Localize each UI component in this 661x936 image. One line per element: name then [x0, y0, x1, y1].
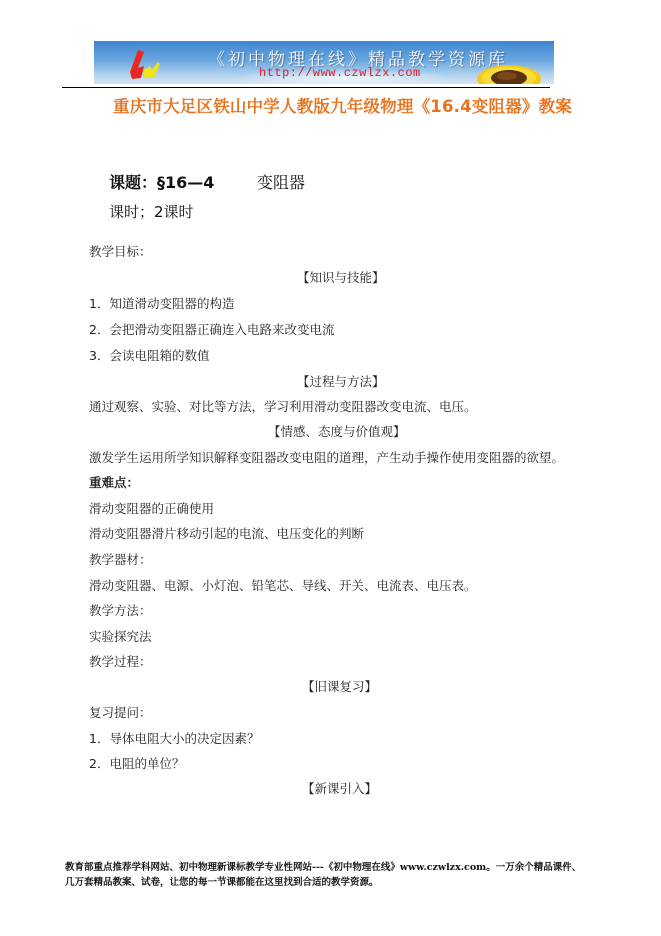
- knowledge-item: 2．会把滑动变阻器正确连入电路来改变电流: [89, 320, 334, 338]
- document-title: 重庆市大足区铁山中学人教版九年级物理《16.4变阻器》教案: [113, 93, 572, 117]
- sunflower-icon: [474, 51, 544, 84]
- topic-label: 课题：§16—4: [109, 173, 214, 192]
- key-point: 滑动变阻器滑片移动引起的电流、电压变化的判断: [89, 524, 364, 542]
- lesson-topic: 课题：§16—4 变阻器: [109, 170, 214, 193]
- new-lesson-heading: 【新课引入】: [302, 779, 377, 797]
- review-question: 1．导体电阻大小的决定因素？: [89, 729, 259, 747]
- review-heading: 【旧课复习】: [302, 677, 377, 695]
- footer-line: 几万套精品教案、试卷，让您的每一节课都能在这里找到合适的教学资源。: [65, 875, 581, 890]
- process-steps-heading: 教学过程：: [89, 652, 152, 670]
- knowledge-item: 1．知道滑动变阻器的构造: [89, 294, 234, 312]
- method-heading: 教学方法：: [89, 601, 152, 619]
- czwlzx-logo-icon: [124, 48, 164, 82]
- emotion-text: 激发学生运用所学知识解释变阻器改变电阻的道理，产生动手操作使用变阻器的欲望。: [89, 448, 564, 466]
- equipment-heading: 教学器材：: [89, 550, 152, 568]
- review-question: 2．电阻的单位？: [89, 754, 184, 772]
- footer-line: 教育部重点推荐学科网站、初中物理新课标教学专业性网站---《初中物理在线》www…: [65, 860, 581, 875]
- banner-url[interactable]: http://www.czwlzx.com: [259, 66, 421, 80]
- lesson-hours: 课时；2课时: [109, 201, 194, 222]
- knowledge-heading: 【知识与技能】: [297, 268, 385, 286]
- review-questions-heading: 复习提问：: [89, 703, 152, 721]
- page-footer: 教育部重点推荐学科网站、初中物理新课标教学专业性网站---《初中物理在线》www…: [65, 860, 581, 890]
- key-point: 滑动变阻器的正确使用: [89, 499, 214, 517]
- method-text: 实验探究法: [89, 627, 152, 645]
- process-text: 通过观察、实验、对比等方法，学习利用滑动变阻器改变电流、电压。: [89, 397, 477, 415]
- topic-name: 变阻器: [257, 170, 305, 193]
- header-banner: 《初中物理在线》精品教学资源库 http://www.czwlzx.com: [94, 41, 554, 84]
- key-points-heading: 重难点：: [89, 473, 139, 491]
- objectives-heading: 教学目标：: [89, 242, 152, 260]
- emotion-heading: 【情感、态度与价值观】: [268, 422, 406, 440]
- header-divider: [62, 87, 550, 88]
- process-heading: 【过程与方法】: [297, 372, 385, 390]
- knowledge-item: 3．会读电阻箱的数值: [89, 346, 209, 364]
- equipment-text: 滑动变阻器、电源、小灯泡、铅笔芯、导线、开关、电流表、电压表。: [89, 576, 477, 594]
